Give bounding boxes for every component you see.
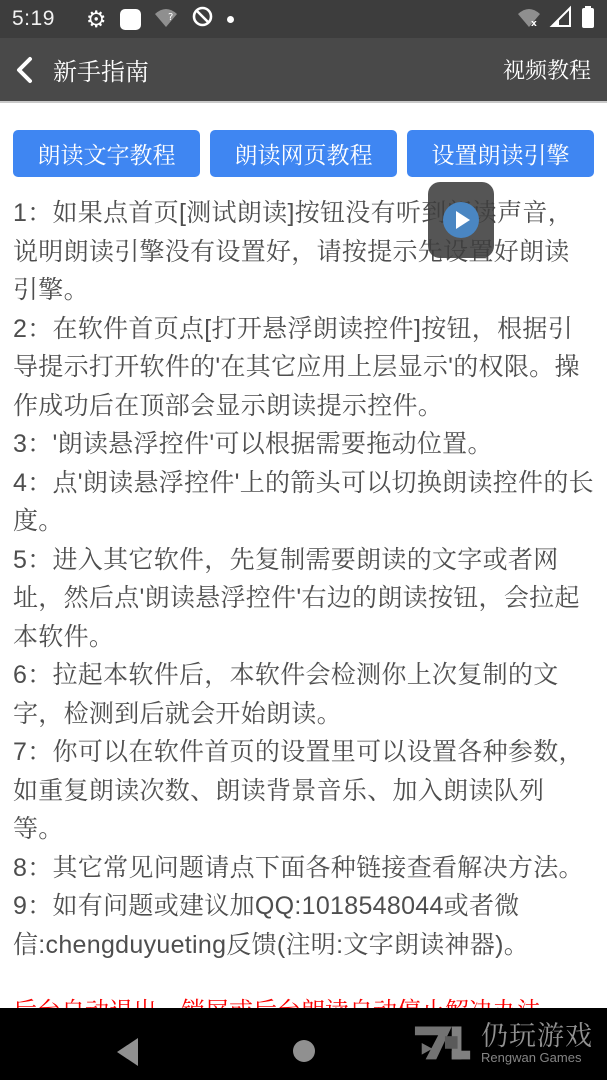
status-time: 5:19 [12,7,55,31]
svg-text:x: x [531,19,537,29]
guide-item-2: 2：在软件首页点[打开悬浮朗读控件]按钮，根据引导提示打开软件的'在其它应用上层… [13,310,594,426]
app-bar: 新手指南 视频教程 [0,38,607,103]
play-triangle-icon [456,211,470,229]
video-tutorial-button[interactable]: 视频教程 [503,54,591,85]
guide-item-9: 9：如有问题或建议加QQ:1018548044或者微信:chengduyueti… [13,887,594,964]
nav-home-icon[interactable] [293,1040,315,1062]
page-title: 新手指南 [53,52,503,87]
status-bar: 5:19 ⚙ ? x [0,0,607,38]
read-text-tutorial-button[interactable]: 朗读文字教程 [13,130,200,177]
phone-screen: 5:19 ⚙ ? x [0,0,607,1080]
battery-icon [581,5,595,34]
wifi-off-icon: x [517,5,541,34]
tutorial-button-row: 朗读文字教程 朗读网页教程 设置朗读引擎 [13,130,594,177]
play-icon [443,202,479,238]
guide-item-4: 4：点'朗读悬浮控件'上的箭头可以切换朗读控件的长度。 [13,464,594,541]
cellular-signal-icon [549,5,573,34]
guide-item-5: 5：进入其它软件，先复制需要朗读的文字或者网址，然后点'朗读悬浮控件'右边的朗读… [13,541,594,657]
back-button[interactable] [16,56,33,84]
nav-back-icon[interactable] [117,1038,138,1066]
gear-icon: ⚙ [86,8,107,31]
guide-item-7: 7：你可以在软件首页的设置里可以设置各种参数，如重复朗读次数、朗读背景音乐、加入… [13,733,594,849]
status-bar-left: 5:19 ⚙ ? [12,5,517,34]
svg-text:?: ? [168,12,173,23]
app-square-icon [120,9,141,30]
watermark-en-text: Rengwan Games [481,1050,593,1065]
guide-item-1: 1：如果点首页[测试朗读]按钮没有听到朗读声音，说明朗读引擎没有设置好，请按提示… [13,194,594,310]
watermark-cn-text: 仍玩游戏 [481,1022,593,1050]
notification-dot-icon [227,16,234,23]
content-area: 朗读文字教程 朗读网页教程 设置朗读引擎 1：如果点首页[测试朗读]按钮没有听到… [0,130,607,1026]
guide-item-6: 6：拉起本软件后，本软件会检测你上次复制的文字，检测到后就会开始朗读。 [13,656,594,733]
guide-item-8: 8：其它常见问题请点下面各种链接查看解决方法。 [13,849,594,888]
guide-item-3: 3：'朗读悬浮控件'可以根据需要拖动位置。 [13,425,594,464]
read-webpage-tutorial-button[interactable]: 朗读网页教程 [210,130,397,177]
data-saver-icon [191,5,214,33]
rengwan-logo-icon [413,1018,475,1069]
guide-text: 1：如果点首页[测试朗读]按钮没有听到朗读声音，说明朗读引擎没有设置好，请按提示… [13,194,594,964]
navigation-bar: 仍玩游戏 Rengwan Games [0,1008,607,1080]
watermark: 仍玩游戏 Rengwan Games [413,1018,593,1069]
setup-tts-engine-button[interactable]: 设置朗读引擎 [407,130,594,177]
video-play-overlay[interactable] [428,182,494,258]
status-bar-right: x [517,5,595,34]
wifi-question-icon: ? [154,5,178,34]
